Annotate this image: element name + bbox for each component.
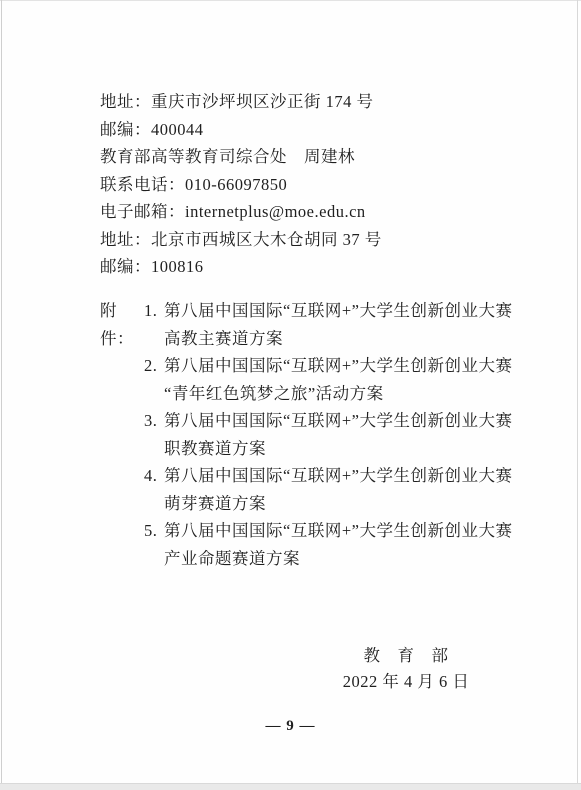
attachment-title-line1: 第八届中国国际“互联网+”大学生创新创业大赛 (164, 352, 545, 380)
page-top-edge (0, 0, 581, 1)
attachment-title: 第八届中国国际“互联网+”大学生创新创业大赛 产业命题赛道方案 (164, 517, 545, 572)
attachment-title-line2: “青年红色筑梦之旅”活动方案 (164, 380, 545, 408)
contact-line-address-chongqing: 地址：重庆市沙坪坝区沙正街 174 号 (100, 88, 530, 116)
attachment-title: 第八届中国国际“互联网+”大学生创新创业大赛 高教主赛道方案 (164, 297, 545, 352)
contact-line-postcode-beijing: 邮编：100816 (100, 253, 530, 281)
attachment-item: 2. 第八届中国国际“互联网+”大学生创新创业大赛 “青年红色筑梦之旅”活动方案 (144, 352, 545, 407)
contact-line-address-beijing: 地址：北京市西城区大木仓胡同 37 号 (100, 226, 530, 254)
issue-date: 2022 年 4 月 6 日 (320, 669, 492, 695)
attachment-title-line2: 职教赛道方案 (164, 435, 545, 463)
page-right-edge (577, 0, 578, 783)
document-page: 地址：重庆市沙坪坝区沙正街 174 号 邮编：400044 教育部高等教育司综合… (0, 0, 581, 790)
attachment-number: 2. (144, 352, 164, 407)
attachment-item: 1. 第八届中国国际“互联网+”大学生创新创业大赛 高教主赛道方案 (144, 297, 545, 352)
attachment-title-line2: 高教主赛道方案 (164, 325, 545, 353)
attachment-title-line1: 第八届中国国际“互联网+”大学生创新创业大赛 (164, 517, 545, 545)
attachment-item: 3. 第八届中国国际“互联网+”大学生创新创业大赛 职教赛道方案 (144, 407, 545, 462)
attachment-item: 4. 第八届中国国际“互联网+”大学生创新创业大赛 萌芽赛道方案 (144, 462, 545, 517)
issuer-name: 教 育 部 (320, 643, 492, 669)
attachment-title: 第八届中国国际“互联网+”大学生创新创业大赛 萌芽赛道方案 (164, 462, 545, 517)
contact-line-postcode-chongqing: 邮编：400044 (100, 116, 530, 144)
page-left-edge (1, 0, 2, 783)
attachment-number: 3. (144, 407, 164, 462)
attachment-title-line2: 萌芽赛道方案 (164, 490, 545, 518)
attachment-title-line1: 第八届中国国际“互联网+”大学生创新创业大赛 (164, 297, 545, 325)
attachments-list: 1. 第八届中国国际“互联网+”大学生创新创业大赛 高教主赛道方案 2. 第八届… (144, 297, 545, 572)
attachment-title-line1: 第八届中国国际“互联网+”大学生创新创业大赛 (164, 407, 545, 435)
attachment-title-line1: 第八届中国国际“互联网+”大学生创新创业大赛 (164, 462, 545, 490)
page-footer: — 9 — (0, 718, 581, 735)
attachment-title: 第八届中国国际“互联网+”大学生创新创业大赛 “青年红色筑梦之旅”活动方案 (164, 352, 545, 407)
attachment-title: 第八届中国国际“互联网+”大学生创新创业大赛 职教赛道方案 (164, 407, 545, 462)
attachment-number: 5. (144, 517, 164, 572)
contact-block: 地址：重庆市沙坪坝区沙正街 174 号 邮编：400044 教育部高等教育司综合… (100, 88, 530, 281)
contact-line-department-contact: 教育部高等教育司综合处 周建林 (100, 143, 530, 171)
page-bottom-edge (0, 783, 581, 790)
attachments-label: 附件： (100, 297, 144, 572)
signature-block: 教 育 部 2022 年 4 月 6 日 (320, 643, 492, 695)
page-number: — 9 — (266, 718, 316, 734)
attachment-item: 5. 第八届中国国际“互联网+”大学生创新创业大赛 产业命题赛道方案 (144, 517, 545, 572)
attachments-block: 附件： 1. 第八届中国国际“互联网+”大学生创新创业大赛 高教主赛道方案 2.… (100, 297, 545, 572)
attachment-title-line2: 产业命题赛道方案 (164, 545, 545, 573)
attachment-number: 4. (144, 462, 164, 517)
attachment-number: 1. (144, 297, 164, 352)
contact-line-email: 电子邮箱：internetplus@moe.edu.cn (100, 198, 530, 226)
contact-line-phone: 联系电话：010-66097850 (100, 171, 530, 199)
